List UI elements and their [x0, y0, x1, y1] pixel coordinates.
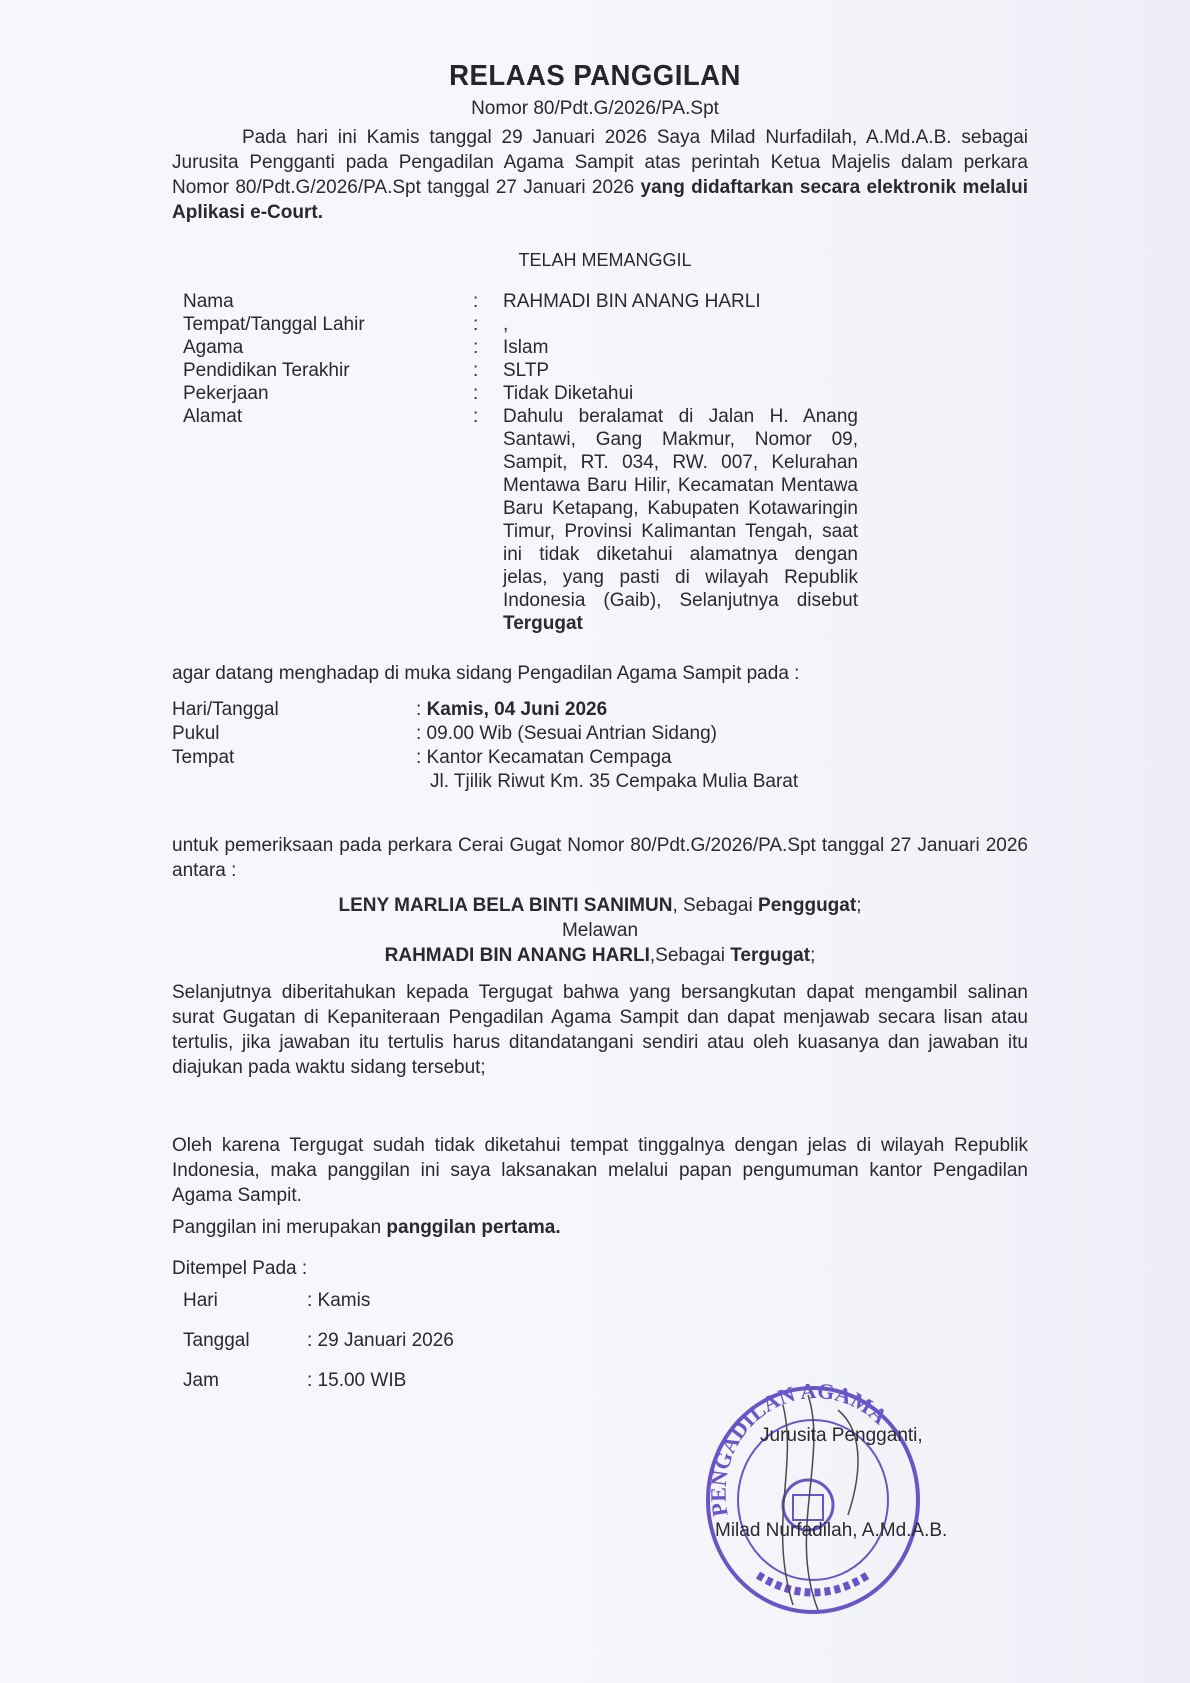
plaintiff-line: LENY MARLIA BELA BINTI SANIMUN, Sebagai …: [172, 893, 1028, 918]
identity-table: Nama : RAHMADI BIN ANANG HARLI Tempat/Ta…: [183, 290, 858, 635]
hearing-schedule: Hari/Tanggal : Kamis, 04 Juni 2026 Pukul…: [172, 698, 798, 794]
signature-name: Milad Nurfadilah, A.Md.A.B.: [715, 1520, 947, 1542]
identity-row-ttl: Tempat/Tanggal Lahir : ,: [183, 313, 858, 336]
document-page: RELAAS PANGGILAN Nomor 80/Pdt.G/2026/PA.…: [0, 0, 1190, 1683]
memanggil-heading: TELAH MEMANGGIL: [0, 250, 1190, 271]
examination-paragraph: untuk pemeriksaan pada perkara Cerai Gug…: [172, 833, 1028, 883]
identity-row-alamat: Alamat : Dahulu beralamat di Jalan H. An…: [183, 405, 858, 635]
posted-table: Hari : Kamis Tanggal : 29 Januari 2026 J…: [183, 1290, 454, 1410]
identity-row-agama: Agama : Islam: [183, 336, 858, 359]
versus-line: Melawan: [172, 918, 1028, 943]
defendant-line: RAHMADI BIN ANANG HARLI,Sebagai Tergugat…: [172, 943, 1028, 968]
document-title: RELAAS PANGGILAN: [30, 60, 1161, 93]
case-number: Nomor 80/Pdt.G/2026/PA.Spt: [0, 98, 1190, 120]
signature-role: Jurusita Pengganti,: [760, 1425, 923, 1447]
intro-paragraph: Pada hari ini Kamis tanggal 29 Januari 2…: [172, 125, 1028, 225]
announcement-paragraph: Oleh karena Tergugat sudah tidak diketah…: [172, 1133, 1028, 1208]
identity-row-pekerjaan: Pekerjaan : Tidak Diketahui: [183, 382, 858, 405]
first-summons-line: Panggilan ini merupakan panggilan pertam…: [172, 1215, 1028, 1240]
court-stamp-icon: PENGADILAN AGAMA: [698, 1375, 928, 1615]
identity-row-nama: Nama : RAHMADI BIN ANANG HARLI: [183, 290, 858, 313]
summons-instruction: agar datang menghadap di muka sidang Pen…: [172, 663, 799, 685]
posted-heading: Ditempel Pada :: [172, 1256, 1028, 1281]
notice-paragraph: Selanjutnya diberitahukan kepada Terguga…: [172, 980, 1028, 1080]
identity-row-pendidikan: Pendidikan Terakhir : SLTP: [183, 359, 858, 382]
svg-text:PENGADILAN AGAMA: PENGADILAN AGAMA: [706, 1378, 893, 1518]
